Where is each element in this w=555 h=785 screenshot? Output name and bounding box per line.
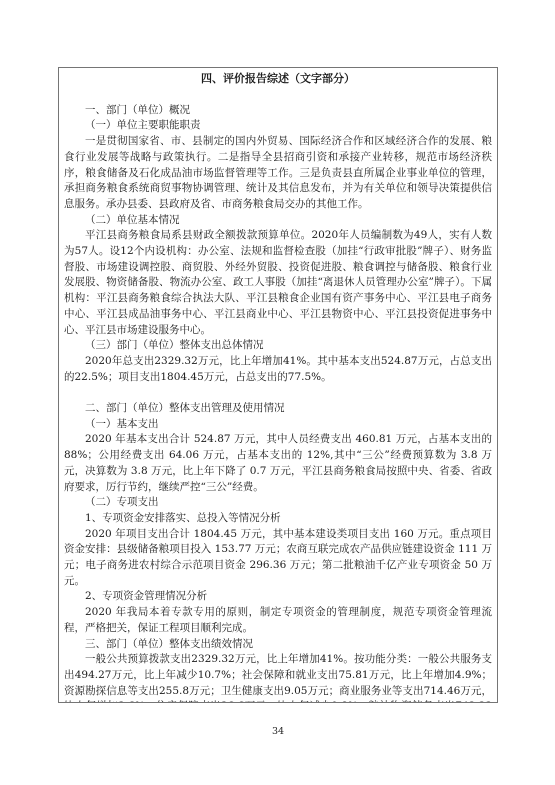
subsection-heading: （二）专项支出 <box>64 495 492 511</box>
paragraph: 一般公共预算拨款支出2329.32万元，比上年增加41%。按功能分类：一般公共服… <box>64 652 492 703</box>
blank-line <box>64 87 492 103</box>
subsection-heading: （一）基本支出 <box>64 417 492 433</box>
paragraph: 2020 年我局本着专款专用的原则，制定专项资金的管理制度，规范专项资金管理流程… <box>64 605 492 636</box>
section-heading: 一、部门（单位）概况 <box>64 103 492 119</box>
paragraph: 2020年总支出2329.32万元，比上年增加41%。其中基本支出524.87万… <box>64 354 492 385</box>
page-number: 34 <box>58 726 498 737</box>
subsection-heading: （三）部门（单位）整体支出总体情况 <box>64 338 492 354</box>
subpoint-heading: 1、专项资金安排落实、总投入等情况分析 <box>64 511 492 527</box>
paragraph: 平江县商务粮食局系县财政全额拨款预算单位。2020年人员编制数为49人，实有人数… <box>64 228 492 338</box>
section-heading: 三、部门（单位）整体支出绩效情况 <box>64 637 492 653</box>
document-page: 四、评价报告综述（文字部分） 一、部门（单位）概况（一）单位主要职能职责一是贯彻… <box>0 0 555 785</box>
paragraph: 一是贯彻国家省、市、县制定的国内外贸易、国际经济合作和区域经济合作的发展、粮食行… <box>64 134 492 213</box>
section-heading: 二、部门（单位）整体支出管理及使用情况 <box>64 401 492 417</box>
document-content: 四、评价报告综述（文字部分） 一、部门（单位）概况（一）单位主要职能职责一是贯彻… <box>64 71 492 703</box>
paragraph: 2020 年项目支出合计 1804.45 万元，其中基本建设类项目支出 160 … <box>64 527 492 590</box>
report-table-cell: 四、评价报告综述（文字部分） 一、部门（单位）概况（一）单位主要职能职责一是贯彻… <box>58 67 498 703</box>
subpoint-heading: 2、专项资金管理情况分析 <box>64 589 492 605</box>
subsection-heading: （二）单位基本情况 <box>64 213 492 229</box>
paragraph: 2020 年基本支出合计 524.87 万元，其中人员经费支出 460.81 万… <box>64 432 492 495</box>
blank-line <box>64 385 492 401</box>
subsection-heading: （一）单位主要职能职责 <box>64 118 492 134</box>
report-title: 四、评价报告综述（文字部分） <box>64 71 492 87</box>
